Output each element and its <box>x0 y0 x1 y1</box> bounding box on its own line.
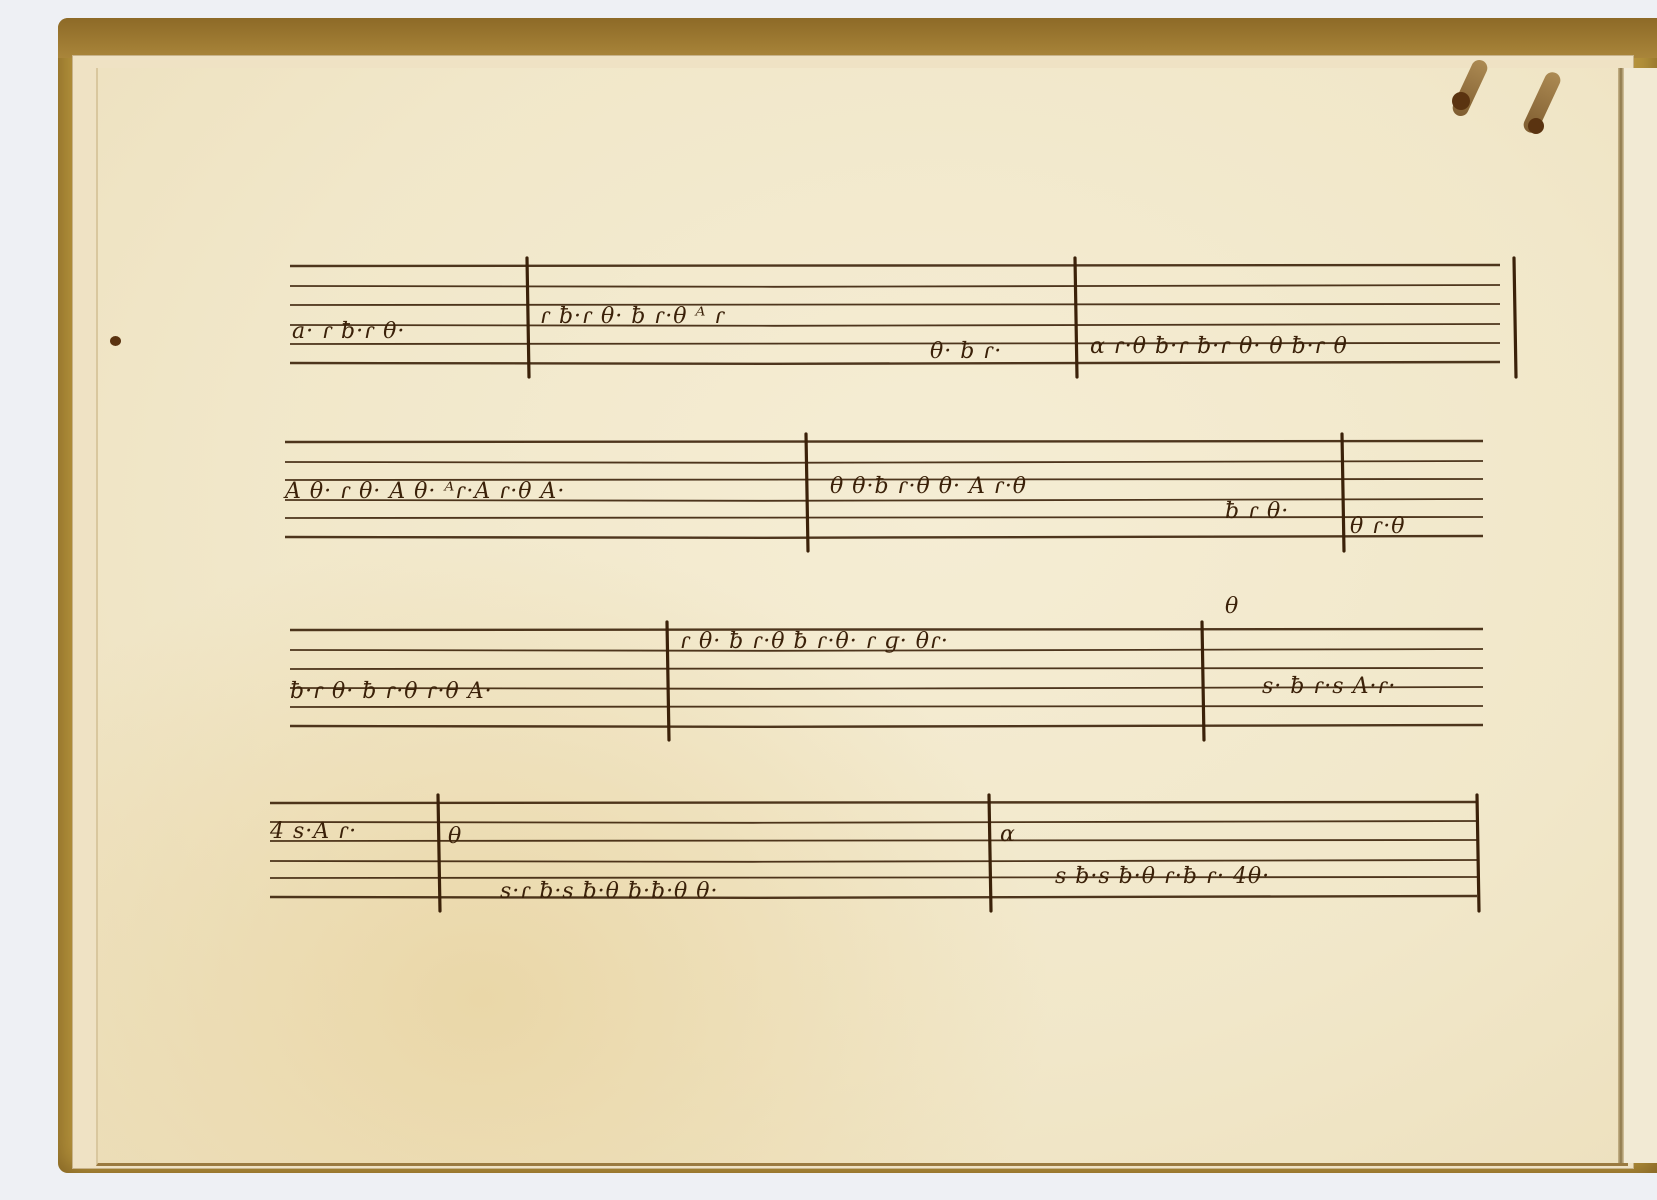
stave-line <box>290 706 1483 707</box>
stave-line <box>285 517 1483 518</box>
stave-line <box>290 668 1483 669</box>
tablature-segment: θ <box>1225 594 1239 619</box>
stave-line <box>290 362 1500 364</box>
tablature-staves <box>0 0 1657 1200</box>
tablature-segment: s· ƀ ɾ·s A·ɾ· <box>1262 674 1396 699</box>
barline <box>438 795 440 911</box>
barline <box>1477 795 1479 911</box>
tablature-segment: ɑ <box>1000 822 1016 847</box>
tablature-segment: θ· ƀ ɾ· <box>930 339 1002 364</box>
stave-line <box>285 461 1483 463</box>
stave-line <box>290 265 1500 266</box>
tablature-segment: ɾ θ· ƀ ɾ·θ ƀ ɾ·θ· ɾ ɡ· θɾ· <box>680 629 949 654</box>
barline <box>527 258 529 377</box>
barline <box>989 795 991 911</box>
barline <box>1342 434 1344 551</box>
tablature-segment: A θ· ɾ θ· A θ· ᴬɾ·A ɾ·θ A· <box>285 479 565 504</box>
tablature-segment: θ θ·ƀ ɾ·θ θ· A ɾ·θ <box>830 474 1027 499</box>
stave-line <box>270 821 1477 823</box>
stave-line <box>290 285 1500 287</box>
stave-line <box>270 877 1477 878</box>
stave-line <box>270 802 1477 803</box>
stave-line <box>290 725 1483 727</box>
tablature-segment: s ƀ·s ƀ·θ ɾ·ƀ ɾ· 4θ· <box>1055 864 1270 889</box>
tablature-segment: ƀ ɾ θ· <box>1225 499 1289 524</box>
stave-line <box>270 860 1477 862</box>
tablature-segment: ɑ ɾ·θ ƀ·ɾ ƀ·ɾ θ· θ ƀ·ɾ θ <box>1090 334 1348 359</box>
tablature-segment: a· ɾ ƀ·ɾ θ· <box>292 319 405 344</box>
stave-line <box>285 536 1483 538</box>
tablature-segment: s·ɾ ƀ·s ƀ·θ ƀ·ƀ·θ θ· <box>500 879 719 904</box>
stave-line <box>285 441 1483 442</box>
stave-4 <box>270 795 1479 911</box>
stave-1 <box>290 258 1516 377</box>
barline <box>1202 622 1204 740</box>
barline <box>806 434 808 551</box>
tablature-segment: ɾ ƀ·ɾ θ· ƀ ɾ·θ ᴬ ɾ <box>540 304 725 329</box>
tablature-segment: ƀ·ɾ θ· ƀ ɾ·θ ɾ·θ A· <box>290 679 493 704</box>
tablature-segment: θ ɾ·θ <box>1350 514 1405 539</box>
tablature-segment: θ <box>448 824 462 849</box>
stave-line <box>270 896 1477 898</box>
barline <box>1514 258 1516 377</box>
stave-line <box>290 324 1500 326</box>
barline <box>1075 258 1077 377</box>
barline <box>667 622 669 740</box>
tablature-segment: 4 s·A ɾ· <box>270 819 357 844</box>
stave-line <box>290 304 1500 305</box>
